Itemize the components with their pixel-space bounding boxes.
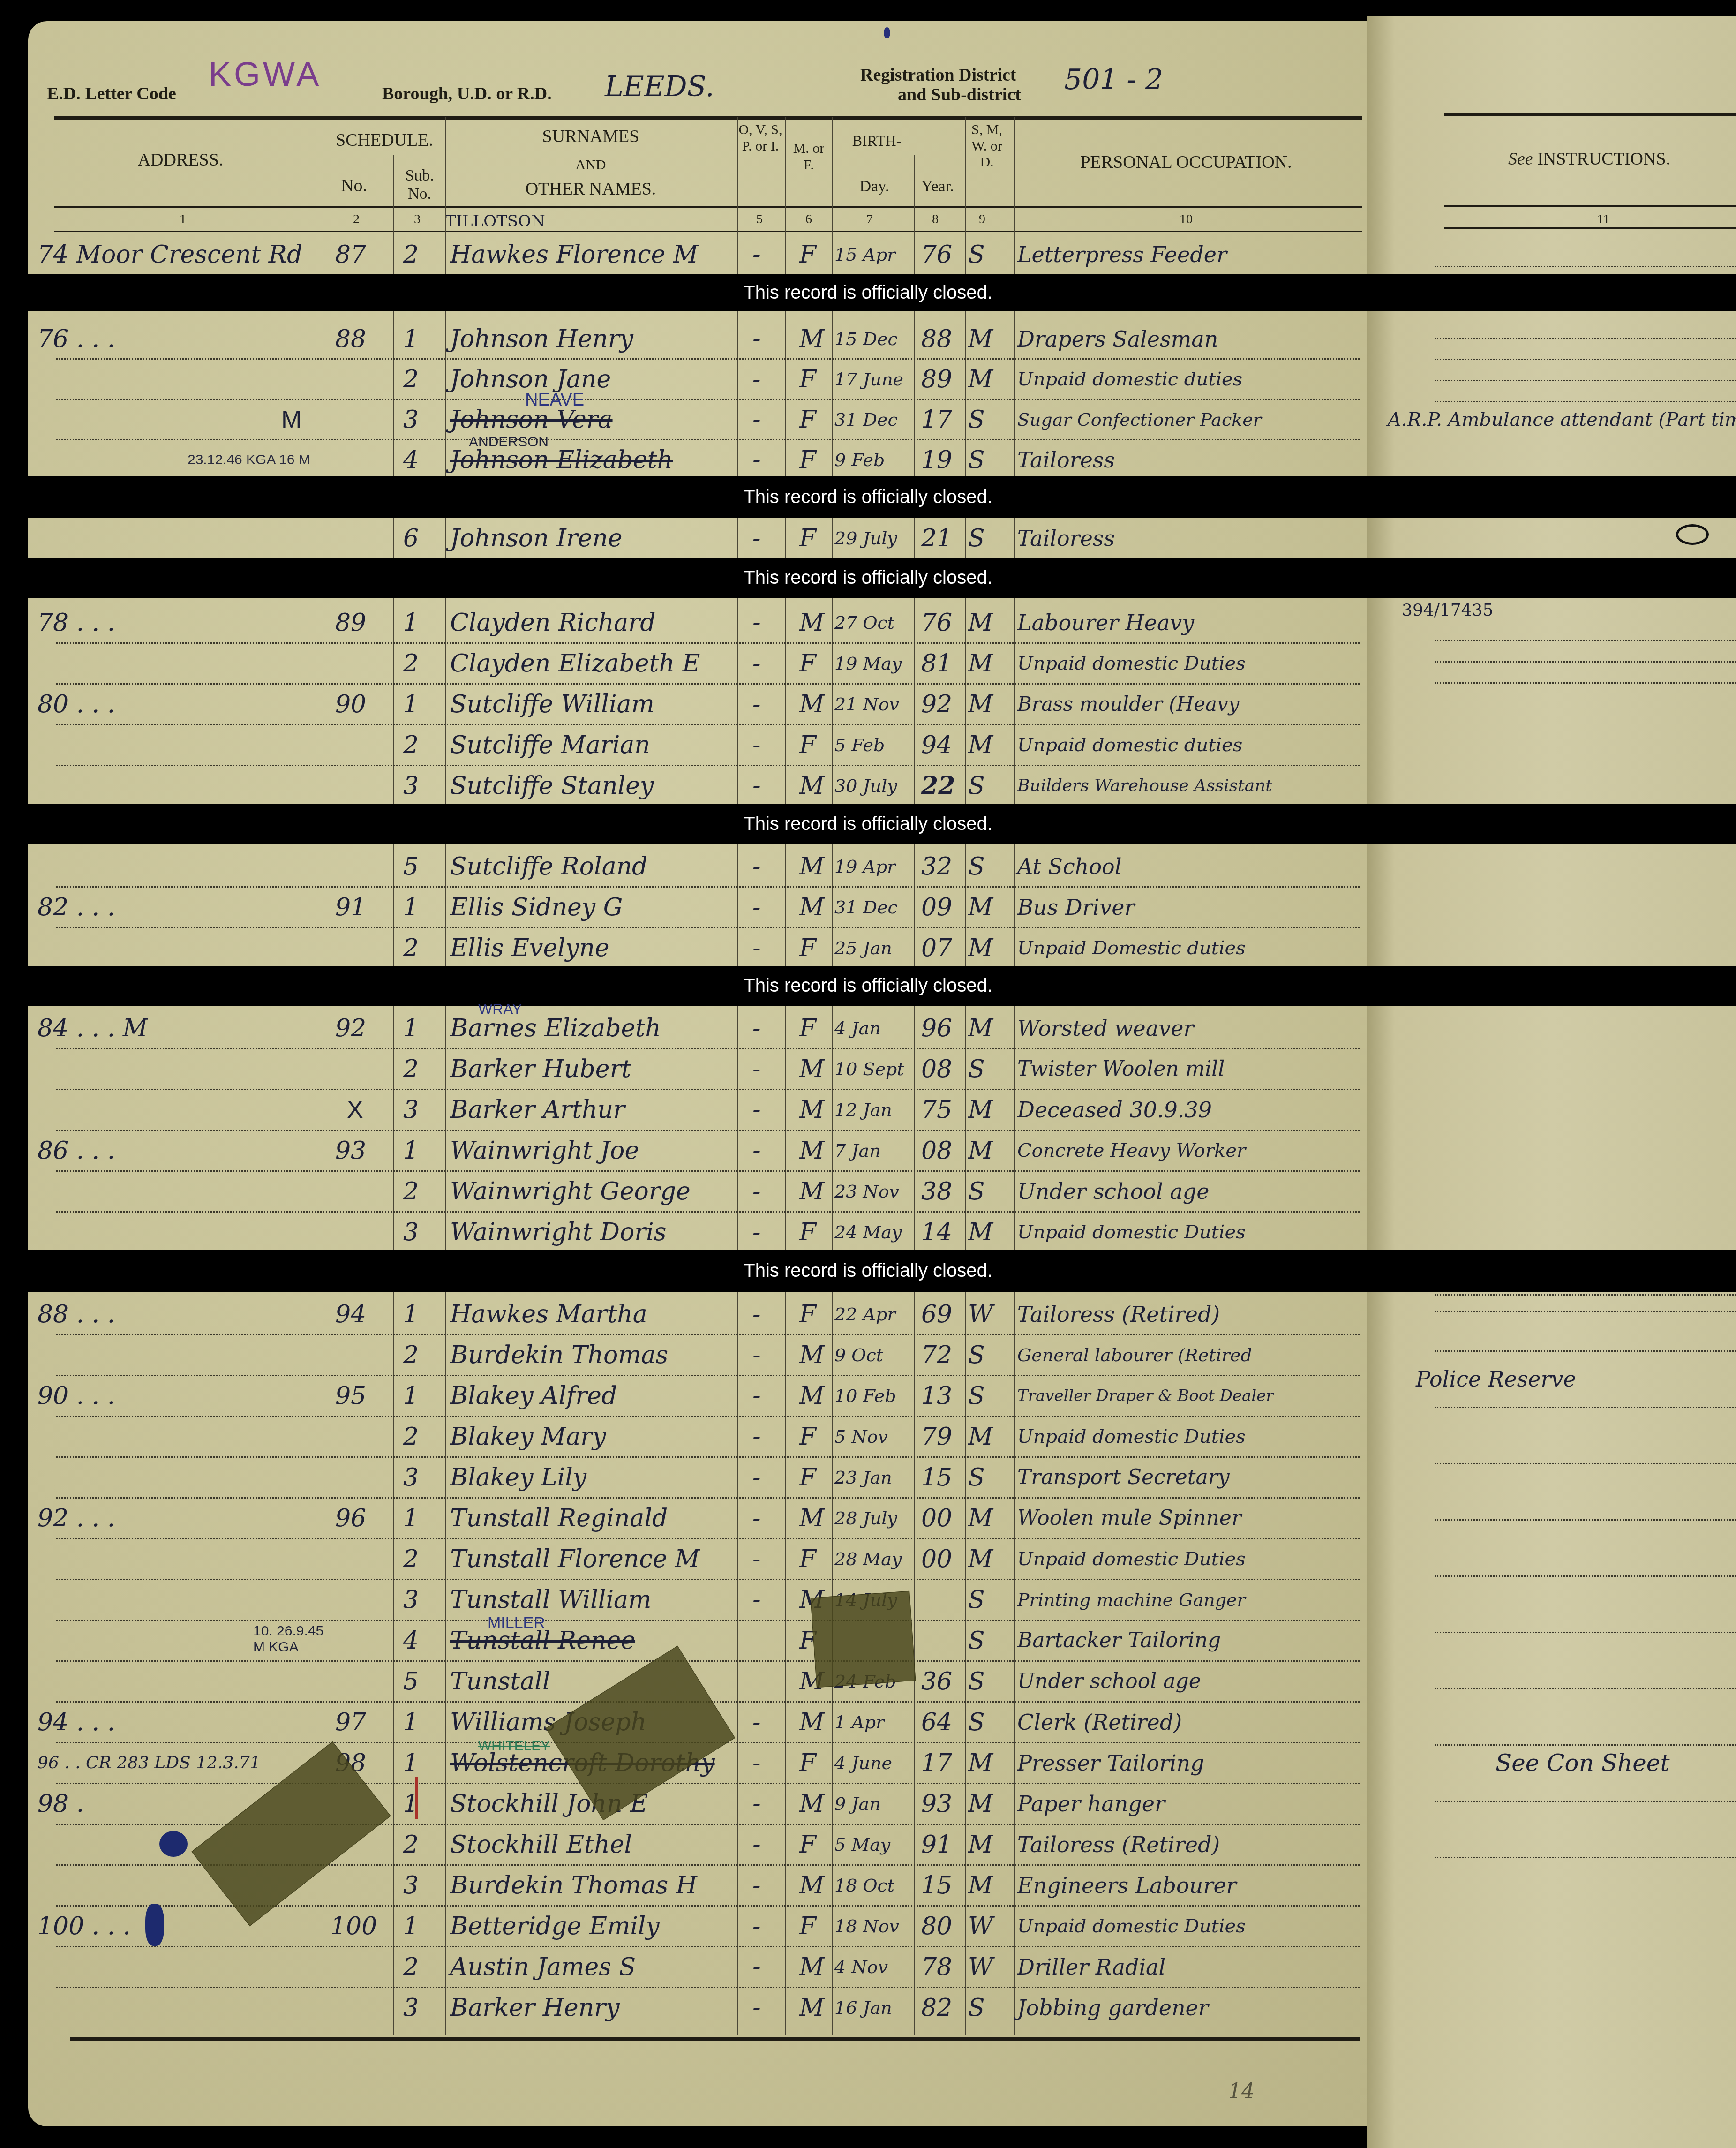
col-occupation: PERSONAL OCCUPATION.	[1013, 152, 1360, 173]
marital-cell: W	[968, 1950, 993, 1984]
col-address: ADDRESS.	[54, 150, 307, 171]
marital-cell: W	[968, 1297, 993, 1332]
table-row: 3 Sutcliffe Stanley - M 30 July 22 S Bui…	[28, 766, 1369, 806]
registration-label-1: Registration District	[860, 65, 1016, 85]
ovspi-cell: -	[752, 605, 761, 640]
col-instructions: See INSTRUCTIONS.	[1444, 149, 1735, 170]
col-surnames-2: AND	[445, 157, 736, 173]
occupation-cell: Bartacker Tailoring	[1017, 1623, 1221, 1658]
marital-cell: M	[968, 728, 993, 762]
marital-cell: M	[968, 1786, 993, 1821]
marital-cell: S	[968, 1623, 985, 1658]
address-cell: 100 . . .	[38, 1909, 130, 1944]
table-row: 92 . . . 96 1 Tunstall Reginald - M 28 J…	[28, 1498, 1369, 1538]
year-cell: 15	[921, 1460, 952, 1495]
name-cell: Tunstall Reginald	[450, 1501, 668, 1536]
sex-cell: F	[799, 521, 816, 556]
sub-cell: 1	[403, 1501, 419, 1536]
day-cell: 10 Sept	[834, 1052, 904, 1086]
sub-cell: 2	[403, 1174, 419, 1209]
colnum-5: 5	[750, 212, 769, 227]
table-row: 90 . . . 95 1 Blakey Alfred - M 10 Feb 1…	[28, 1376, 1369, 1416]
ovspi-cell: -	[752, 1990, 761, 2025]
year-cell: 19	[921, 443, 952, 477]
name-cell: Tunstall William	[450, 1583, 651, 1617]
year-cell: 17	[921, 1746, 952, 1780]
occupation-cell: Unpaid domestic Duties	[1017, 646, 1246, 681]
marital-cell: M	[968, 1868, 993, 1903]
borough-value: LEEDS.	[605, 70, 714, 103]
ovspi-cell: -	[752, 1052, 761, 1086]
married-name-annotation: NEAVE	[525, 390, 584, 410]
day-cell: 19 May	[834, 646, 902, 681]
occupation-cell: Letterpress Feeder	[1017, 237, 1227, 272]
year-cell: 69	[921, 1297, 952, 1332]
year-cell: 80	[921, 1909, 952, 1944]
day-cell: 31 Dec	[834, 402, 898, 437]
name-cell: Betteridge Emily	[450, 1909, 660, 1944]
occupation-cell: Clerk (Retired)	[1017, 1705, 1182, 1740]
day-cell: 9 Jan	[834, 1786, 881, 1821]
table-row: 98 . 1 Stockhill John E - M 9 Jan 93 M P…	[28, 1784, 1369, 1824]
ovspi-cell: -	[752, 1379, 761, 1413]
sub-cell: 6	[403, 521, 419, 556]
schedule-cell: 96	[335, 1501, 366, 1536]
name-cell: Blakey Lily	[450, 1460, 586, 1495]
colnum-3: 3	[408, 212, 427, 227]
marital-cell: S	[968, 1990, 985, 2025]
year-cell: 21	[921, 521, 952, 556]
day-cell: 16 Jan	[834, 1990, 892, 2025]
closed-record-notice: This record is officially closed.	[744, 975, 992, 996]
tape-repair-patch	[811, 1591, 916, 1688]
colnum-10: 10	[1172, 212, 1200, 227]
ovspi-cell: -	[752, 1786, 761, 1821]
occupation-cell: Builders Warehouse Assistant	[1017, 769, 1272, 803]
day-cell: 22 Apr	[834, 1297, 895, 1332]
sub-cell: 3	[403, 1990, 419, 2025]
sex-cell: M	[799, 605, 824, 640]
name-cell: Clayden Richard	[450, 605, 655, 640]
schedule-cell: 92	[335, 1011, 366, 1046]
sub-cell: 2	[403, 728, 419, 762]
closed-record-notice: This record is officially closed.	[744, 1260, 992, 1281]
occupation-cell: General labourer (Retired	[1017, 1338, 1252, 1372]
red-margin-mark	[415, 1777, 418, 1819]
occupation-cell: Under school age	[1017, 1664, 1201, 1699]
sex-cell: M	[799, 1501, 824, 1536]
day-cell: 23 Jan	[834, 1460, 892, 1495]
day-cell: 9 Feb	[834, 443, 885, 477]
sub-cell: 2	[403, 237, 419, 272]
deceased-cross-mark: X	[347, 1093, 363, 1127]
col-birth-year: Year.	[914, 177, 961, 196]
day-cell: 7 Jan	[834, 1133, 881, 1168]
name-cell: Tunstall	[450, 1664, 550, 1699]
name-cell: Sutcliffe Marian	[450, 728, 650, 762]
day-cell: 23 Nov	[834, 1174, 899, 1209]
closed-record-bar: This record is officially closed.	[0, 966, 1736, 1006]
sex-cell: F	[799, 1542, 816, 1576]
day-cell: 28 July	[834, 1501, 897, 1536]
marital-cell: W	[968, 1909, 993, 1944]
ovspi-cell: -	[752, 1215, 761, 1250]
married-name-annotation: WRAY	[478, 1001, 522, 1018]
sub-cell: 3	[403, 769, 419, 803]
address-cell: 84 . . . M	[38, 1011, 148, 1046]
address-cell: 80 . . .	[38, 687, 115, 722]
instructions-note: Police Reserve	[1416, 1362, 1576, 1396]
ovspi-cell: -	[752, 1093, 761, 1127]
day-cell: 5 Nov	[834, 1419, 888, 1454]
occupation-cell: Paper hanger	[1017, 1786, 1165, 1821]
header-top-rule	[54, 116, 1362, 120]
colnum-1: 1	[173, 212, 192, 227]
year-cell: 07	[921, 931, 952, 965]
table-row: 78 . . . 89 1 Clayden Richard - M 27 Oct…	[28, 603, 1369, 643]
ovspi-cell: -	[752, 1011, 761, 1046]
initials-mark-icon	[1676, 524, 1709, 545]
day-cell: 21 Nov	[834, 687, 899, 722]
closed-record-bar: This record is officially closed.	[0, 476, 1736, 518]
occupation-cell: Brass moulder (Heavy	[1017, 687, 1240, 722]
marital-cell: M	[968, 1827, 993, 1862]
sex-cell: M	[799, 1338, 824, 1372]
address-cell: 78 . . .	[38, 605, 115, 640]
day-cell: 25 Jan	[834, 931, 892, 965]
sex-cell: M	[799, 1052, 824, 1086]
header-bottom-rule-right	[1444, 205, 1736, 207]
name-cell: Johnson Irene	[450, 521, 623, 556]
occupation-cell: Printing machine Ganger	[1017, 1583, 1246, 1617]
year-cell: 94	[921, 728, 952, 762]
col-schedule-no: No.	[323, 176, 384, 196]
ovspi-cell: -	[752, 1827, 761, 1862]
ovspi-cell: -	[752, 443, 761, 477]
ovspi-cell: -	[752, 237, 761, 272]
marital-cell: S	[968, 1460, 985, 1495]
sex-cell: M	[799, 890, 824, 925]
ovspi-cell: -	[752, 1338, 761, 1372]
marital-cell: M	[968, 1501, 993, 1536]
address-cell: 76 . . .	[38, 322, 115, 356]
table-row: 2 Sutcliffe Marian - F 5 Feb 94 M Unpaid…	[28, 725, 1369, 765]
table-row: 2 Barker Hubert - M 10 Sept 08 S Twister…	[28, 1049, 1369, 1089]
marital-cell: S	[968, 1052, 985, 1086]
ovspi-cell: -	[752, 931, 761, 965]
ovspi-cell: -	[752, 849, 761, 884]
occupation-cell: Concrete Heavy Worker	[1017, 1133, 1246, 1168]
sub-cell: 2	[403, 1338, 419, 1372]
sex-cell: F	[799, 1215, 816, 1250]
table-row: 2 Wainwright George - M 23 Nov 38 S Unde…	[28, 1171, 1369, 1212]
address-cell: 82 . . .	[38, 890, 115, 925]
table-bottom-rule	[70, 2037, 1360, 2041]
marital-cell: M	[968, 1093, 993, 1127]
sex-cell: F	[799, 237, 816, 272]
marital-cell: S	[968, 443, 985, 477]
day-cell: 18 Oct	[834, 1868, 894, 1903]
table-row: 86 . . . 93 1 Wainwright Joe - M 7 Jan 0…	[28, 1131, 1369, 1171]
sub-cell: 3	[403, 1215, 419, 1250]
closed-record-bar: This record is officially closed.	[0, 274, 1736, 311]
day-cell: 27 Oct	[834, 605, 894, 640]
day-cell: 4 Jan	[834, 1011, 881, 1046]
sub-cell: 1	[403, 1297, 419, 1332]
marriage-annotation: 23.12.46 KGA 16 M	[188, 443, 310, 477]
occupation-cell: Woolen mule Spinner	[1017, 1501, 1241, 1536]
name-cell: Burdekin Thomas	[450, 1338, 668, 1372]
page-number: 14	[1228, 2080, 1255, 2103]
address-cell: 94 . . .	[38, 1705, 115, 1740]
occupation-cell: Driller Radial	[1017, 1950, 1165, 1984]
ovspi-cell: -	[752, 1583, 761, 1617]
table-row: 3 Barker Henry - M 16 Jan 82 S Jobbing g…	[28, 1988, 1369, 2028]
year-cell: 91	[921, 1827, 952, 1862]
name-cell: Stockhill Ethel	[450, 1827, 632, 1862]
sub-cell: 3	[403, 1868, 419, 1903]
occupation-cell: Sugar Confectioner Packer	[1017, 402, 1262, 437]
year-cell: 81	[921, 646, 952, 681]
sex-cell: M	[799, 1705, 824, 1740]
year-cell: 22	[921, 769, 955, 803]
col-schedule: SCHEDULE.	[323, 130, 445, 151]
day-cell: 29 July	[834, 521, 897, 556]
sub-cell: 2	[403, 1827, 419, 1862]
marital-cell: M	[968, 605, 993, 640]
sex-cell: M	[799, 1093, 824, 1127]
col-instructions-see: See	[1508, 149, 1533, 169]
marital-cell: M	[968, 1215, 993, 1250]
year-cell: 82	[921, 1990, 952, 2025]
closed-record-bar: This record is officially closed.	[0, 1250, 1736, 1292]
name-cell: Burdekin Thomas H	[450, 1868, 697, 1903]
instructions-note: A.R.P. Ambulance attendant (Part time)	[1388, 402, 1736, 437]
marital-cell: M	[968, 322, 993, 356]
marital-cell: M	[968, 1746, 993, 1780]
schedule-cell: 95	[335, 1379, 366, 1413]
table-row: 23.12.46 KGA 16 M 4 Johnson Elizabeth AN…	[28, 440, 1369, 480]
married-name-annotation: ANDERSON	[469, 434, 549, 450]
col-surnames-1: SURNAMES	[445, 127, 736, 147]
address-cell: 90 . . .	[38, 1379, 115, 1413]
marital-cell: S	[968, 1583, 985, 1617]
col-ovspi: O, V, S, P. or I.	[737, 122, 784, 154]
occupation-cell: Under school age	[1017, 1174, 1210, 1209]
colnum-11: 11	[1589, 212, 1617, 227]
name-cell: Hawkes Martha	[450, 1297, 647, 1332]
name-cell: Sutcliffe William	[450, 687, 654, 722]
day-cell: 18 Nov	[834, 1909, 899, 1944]
name-cell: Johnson Henry	[450, 322, 633, 356]
sub-cell: 1	[403, 890, 419, 925]
marital-cell: S	[968, 237, 985, 272]
sub-cell: 3	[403, 1093, 419, 1127]
instructions-note: See Con Sheet	[1496, 1746, 1670, 1780]
ovspi-cell: -	[752, 890, 761, 925]
occupation-cell: Labourer Heavy	[1017, 605, 1194, 640]
occupation-cell: Unpaid Domestic duties	[1017, 931, 1246, 965]
schedule-cell: 89	[335, 605, 366, 640]
table-row: M 3 Johnson Vera NEAVE - F 31 Dec 17 S S…	[28, 399, 1369, 440]
sub-cell: 3	[403, 1583, 419, 1617]
closed-record-bar: This record is officially closed.	[0, 558, 1736, 598]
year-cell: 08	[921, 1052, 952, 1086]
occupation-cell: Unpaid domestic Duties	[1017, 1215, 1246, 1250]
colnum-7: 7	[860, 212, 879, 227]
occupation-cell: Worsted weaver	[1017, 1011, 1194, 1046]
ink-blot	[145, 1904, 164, 1946]
ink-blot	[159, 1831, 188, 1857]
table-row: 88 . . . 94 1 Hawkes Martha - F 22 Apr 6…	[28, 1294, 1369, 1334]
sex-cell: F	[799, 646, 816, 681]
name-cell: Sutcliffe Roland	[450, 849, 647, 884]
table-row: 3 Tunstall William - M 14 July S Printin…	[28, 1580, 1369, 1620]
year-cell: 76	[921, 605, 952, 640]
day-cell: 30 July	[834, 769, 897, 803]
marital-cell: M	[968, 1011, 993, 1046]
sub-cell: 1	[403, 1746, 419, 1780]
ovspi-cell: -	[752, 1133, 761, 1168]
year-cell: 38	[921, 1174, 952, 1209]
sex-cell: M	[799, 1990, 824, 2025]
table-row: 2 Tunstall Florence M - F 28 May 00 M Un…	[28, 1539, 1369, 1579]
col-birth: BIRTH-	[834, 132, 919, 150]
name-cell: Austin James S	[450, 1950, 636, 1984]
colnum-bottom-rule-right	[1444, 227, 1736, 229]
name-cell: Blakey Alfred	[450, 1379, 617, 1413]
schedule-cell: 93	[335, 1133, 366, 1168]
marital-cell: M	[968, 1133, 993, 1168]
sub-cell: 2	[403, 1419, 419, 1454]
ovspi-cell: -	[752, 362, 761, 397]
sub-cell: 3	[403, 1460, 419, 1495]
marital-cell: M	[968, 890, 993, 925]
sex-cell: F	[799, 1746, 816, 1780]
day-cell: 28 May	[834, 1542, 902, 1576]
table-row: 10. 26.9.45 M KGA 4 Tunstall Renee MILLE…	[28, 1620, 1369, 1661]
occupation-cell: Transport Secretary	[1017, 1460, 1230, 1495]
marital-cell: M	[968, 362, 993, 397]
day-cell: 31 Dec	[834, 890, 898, 925]
table-row: X 3 Barker Arthur - M 12 Jan 75 M Deceas…	[28, 1090, 1369, 1130]
marriage-annotation: 10. 26.9.45 M KGA	[253, 1623, 338, 1655]
name-cell: Hawkes Florence M	[450, 237, 698, 272]
closed-record-notice: This record is officially closed.	[744, 487, 992, 508]
table-row: 76 . . . 88 1 Johnson Henry - M 15 Dec 8…	[28, 319, 1369, 359]
schedule-cell: 91	[335, 890, 366, 925]
name-cell: Barker Hubert	[450, 1052, 631, 1086]
ovspi-cell: -	[752, 1705, 761, 1740]
col-birth-day: Day.	[834, 177, 914, 196]
marital-cell: M	[968, 1419, 993, 1454]
ink-dot	[884, 27, 890, 38]
year-cell: 13	[921, 1379, 952, 1413]
column-annotation-tillotson: TILLOTSON	[445, 212, 545, 231]
ovspi-cell: -	[752, 322, 761, 356]
occupation-cell: Twister Woolen mill	[1017, 1052, 1225, 1086]
marital-cell: S	[968, 1379, 985, 1413]
marital-cell: M	[968, 931, 993, 965]
marital-cell: S	[968, 1664, 985, 1699]
col-surnames-3: OTHER NAMES.	[445, 179, 736, 200]
table-row: 74 Moor Crescent Rd 87 2 Hawkes Florence…	[28, 234, 1369, 275]
occupation-cell: Unpaid domestic Duties	[1017, 1542, 1246, 1576]
year-cell: 36	[921, 1664, 952, 1699]
occupation-cell: Tailoress (Retired)	[1017, 1827, 1220, 1862]
day-cell: 19 Apr	[834, 849, 895, 884]
married-name-annotation: MILLER	[488, 1614, 545, 1632]
ovspi-cell: -	[752, 1909, 761, 1944]
sub-cell: 1	[403, 1705, 419, 1740]
ed-letter-code-stamp: KGWA	[209, 55, 322, 94]
occupation-cell: Traveller Draper & Boot Dealer	[1017, 1379, 1274, 1413]
header-bottom-rule	[54, 206, 1362, 208]
ovspi-cell: -	[752, 728, 761, 762]
year-cell: 08	[921, 1133, 952, 1168]
sex-cell: F	[799, 1827, 816, 1862]
col-schedule-sub: Sub. No.	[394, 166, 445, 203]
sex-cell: M	[799, 1174, 824, 1209]
occupation-cell: Unpaid domestic duties	[1017, 728, 1242, 762]
sub-cell: 4	[403, 1623, 419, 1658]
address-cell: 88 . . .	[38, 1297, 115, 1332]
name-cell: Blakey Mary	[450, 1419, 606, 1454]
registration-value: 501 - 2	[1064, 63, 1163, 96]
name-cell: Wainwright George	[450, 1174, 691, 1209]
sub-cell: 4	[403, 443, 419, 477]
ed-letter-code-label: E.D. Letter Code	[47, 83, 176, 104]
day-cell: 4 Nov	[834, 1950, 888, 1984]
year-cell: 15	[921, 1868, 952, 1903]
marital-cell: S	[968, 849, 985, 884]
sub-cell: 5	[403, 849, 419, 884]
day-cell: 5 May	[834, 1827, 890, 1862]
occupation-cell: Deceased 30.9.39	[1017, 1093, 1212, 1127]
sub-cell: 3	[403, 402, 419, 437]
year-cell: 88	[921, 322, 952, 356]
year-cell: 09	[921, 890, 952, 925]
ovspi-cell: -	[752, 646, 761, 681]
name-cell: Ellis Evelyne	[450, 931, 609, 965]
year-cell: 79	[921, 1419, 952, 1454]
marital-cell: S	[968, 769, 985, 803]
day-cell: 15 Apr	[834, 237, 895, 272]
table-row: 100 . . . 100 1 Betteridge Emily - F 18 …	[28, 1906, 1369, 1946]
sex-cell: F	[799, 1419, 816, 1454]
year-cell: 72	[921, 1338, 952, 1372]
sub-cell: 1	[403, 1909, 419, 1944]
year-cell: 00	[921, 1501, 952, 1536]
sub-cell: 1	[403, 1133, 419, 1168]
name-cell: Wainwright Joe	[450, 1133, 639, 1168]
table-row: 2 Austin James S - M 4 Nov 78 W Driller …	[28, 1947, 1369, 1987]
year-cell: 96	[921, 1011, 952, 1046]
sex-cell: M	[799, 849, 824, 884]
year-cell: 93	[921, 1786, 952, 1821]
sex-cell: F	[799, 1297, 816, 1332]
ovspi-cell: -	[752, 1174, 761, 1209]
occupation-cell: Tailoress	[1017, 521, 1115, 556]
marital-cell: M	[968, 687, 993, 722]
day-cell: 15 Dec	[834, 322, 898, 356]
schedule-cell: 100	[331, 1909, 377, 1944]
col-sex: M. or F.	[788, 141, 830, 173]
sub-cell: 1	[403, 605, 419, 640]
day-cell: 4 June	[834, 1746, 892, 1780]
ovspi-cell: -	[752, 1542, 761, 1576]
ovspi-cell: -	[752, 1460, 761, 1495]
